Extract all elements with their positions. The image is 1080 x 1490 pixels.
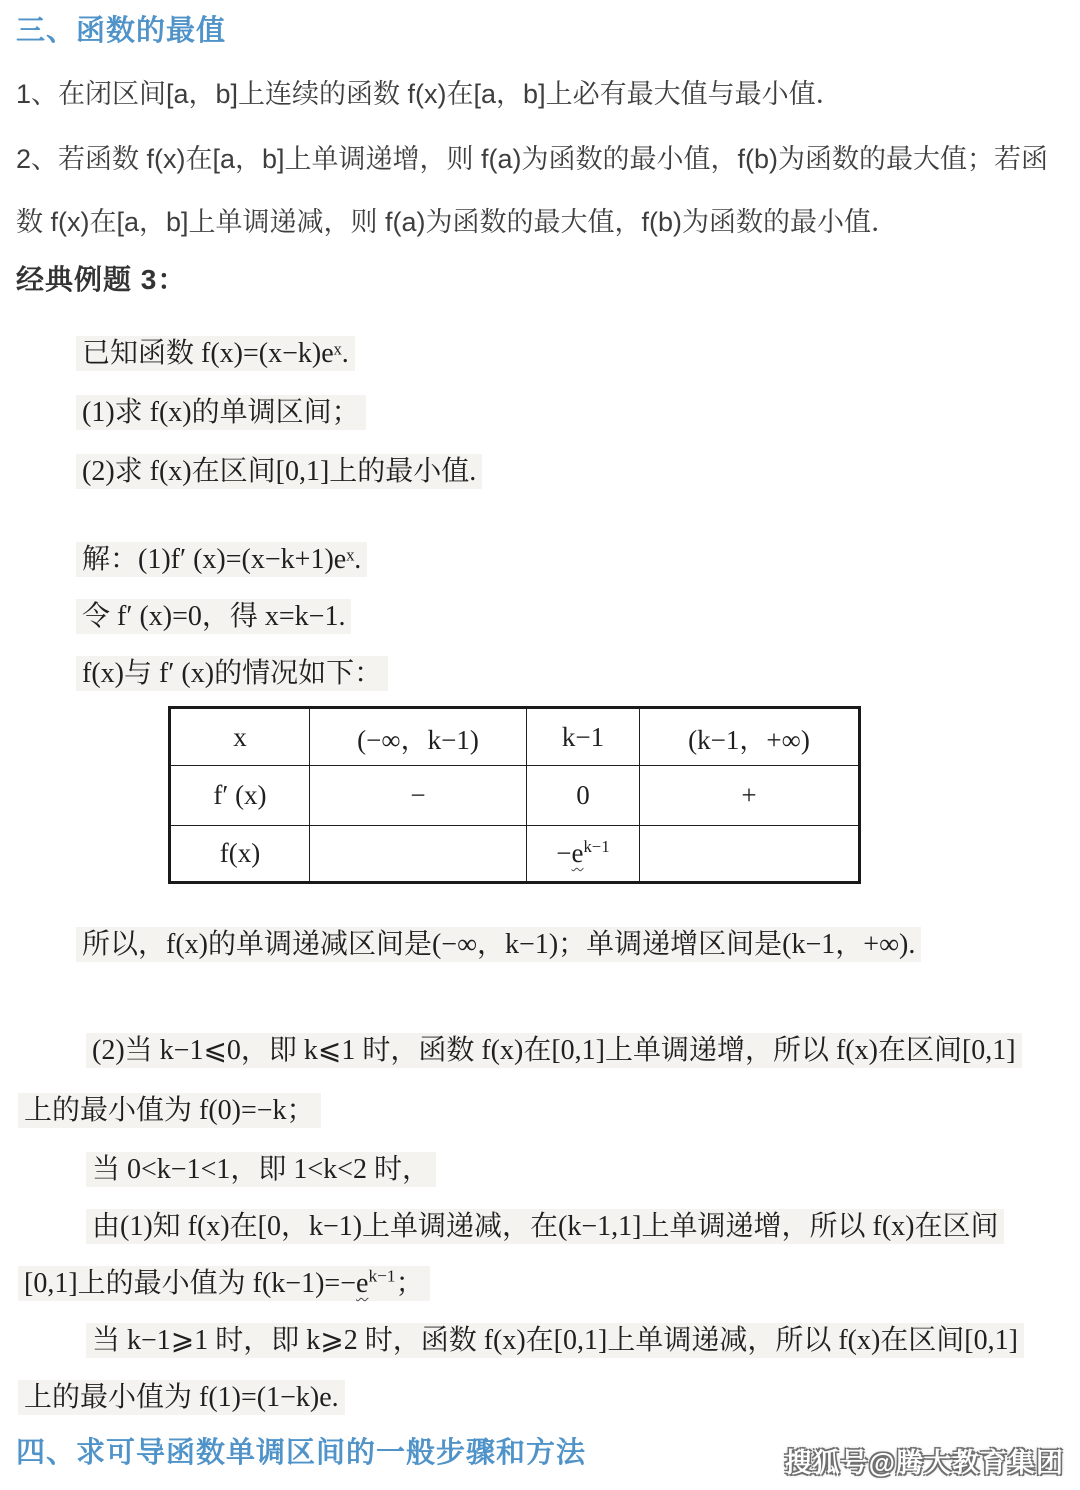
sohu-watermark: 搜狐号@腾大教育集团 [785, 1441, 1064, 1480]
solution-conclusion-intervals-text: 所以，f(x)的单调递减区间是(−∞，k−1)；单调递增区间是(k−1，+∞). [76, 927, 921, 962]
solution-step-1: 解：(1)f′ (x)=(x−k+1)eˣ. [16, 531, 1064, 588]
problem-given-text: 已知函数 f(x)=(x−k)eˣ. [76, 336, 355, 371]
table-cell-empty-right [640, 826, 860, 883]
solution-case-2-line-2: [0,1]上的最小值为 f(k−1)=−ek−1； [16, 1255, 1064, 1312]
table-cell-sign-positive: + [640, 766, 860, 826]
solution-case-1-line-1: (2)当 k−1⩽0，即 k⩽1 时，函数 f(x)在[0,1]上单调递增，所以… [16, 1021, 1064, 1081]
solution-case-2-condition: 当 0<k−1<1，即 1<k<2 时， [16, 1141, 1064, 1198]
solution-case-2-condition-text: 当 0<k−1<1，即 1<k<2 时， [86, 1152, 436, 1187]
minimum-exponent: k−1 [584, 837, 610, 856]
table-cell-empty-left [310, 826, 527, 883]
monotonicity-sign-table: x (−∞，k−1) k−1 (k−1，+∞) f′ (x) − 0 + f(x… [168, 706, 861, 884]
paragraph-closed-interval: 1、在闭区间[a，b]上连续的函数 f(x)在[a，b]上必有最大值与最小值． [16, 76, 1064, 112]
problem-given-line: 已知函数 f(x)=(x−k)eˣ. [16, 324, 1064, 383]
table-cell-f-label: f(x) [170, 826, 310, 883]
solution-case-3-line-2-text: 上的最小值为 f(1)=(1−k)e. [18, 1380, 345, 1415]
table-cell-sign-zero: 0 [527, 766, 640, 826]
problem-question-2: (2)求 f(x)在区间[0,1]上的最小值. [16, 442, 1064, 501]
table-cell-interval-right: (k−1，+∞) [640, 708, 860, 766]
solution-case-1-line-2-text: 上的最小值为 f(0)=−k； [18, 1093, 321, 1128]
minimum-minus-sign: − [556, 838, 571, 868]
case-2-min-post: ； [396, 1268, 424, 1299]
solution-step-1-text: 解：(1)f′ (x)=(x−k+1)eˣ. [76, 542, 367, 577]
table-row-function: f(x) −ek−1 [170, 826, 860, 883]
solution-case-3-line-2: 上的最小值为 f(1)=(1−k)e. [16, 1369, 1064, 1426]
solution-case-1-line-2: 上的最小值为 f(0)=−k； [16, 1081, 1064, 1141]
table-cell-critical-point: k−1 [527, 708, 640, 766]
problem-question-2-text: (2)求 f(x)在区间[0,1]上的最小值. [76, 454, 482, 489]
solution-step-2: 令 f′ (x)=0，得 x=k−1. [16, 588, 1064, 645]
solution-case-2-line-1: 由(1)知 f(x)在[0，k−1)上单调递减，在(k−1,1]上单调递增，所以… [16, 1198, 1064, 1255]
table-cell-minimum-value: −ek−1 [527, 826, 640, 883]
solution-cases-2-3-block: 当 0<k−1<1，即 1<k<2 时， 由(1)知 f(x)在[0，k−1)上… [16, 1141, 1064, 1426]
solution-case-2-line-2-text: [0,1]上的最小值为 f(k−1)=−ek−1； [18, 1266, 430, 1301]
solution-case-1-block: (2)当 k−1⩽0，即 k⩽1 时，函数 f(x)在[0,1]上单调递增，所以… [16, 1021, 1064, 1141]
solution-case-3-line-1-text: 当 k−1⩾1 时，即 k⩾2 时，函数 f(x)在[0,1]上单调递减，所以 … [86, 1323, 1024, 1358]
solution-step-3: f(x)与 f′ (x)的情况如下： [16, 645, 1064, 702]
table-cell-x-label: x [170, 708, 310, 766]
solution-conclusion-intervals: 所以，f(x)的单调递减区间是(−∞，k−1)；单调递增区间是(k−1，+∞). [16, 916, 1064, 973]
case-2-min-pre: [0,1]上的最小值为 f(k−1)=− [24, 1268, 356, 1299]
table-cell-fprime-label: f′ (x) [170, 766, 310, 826]
table-row-x: x (−∞，k−1) k−1 (k−1，+∞) [170, 708, 860, 766]
solution-case-3-line-1: 当 k−1⩾1 时，即 k⩾2 时，函数 f(x)在[0,1]上单调递减，所以 … [16, 1312, 1064, 1369]
solution-case-2-line-1-text: 由(1)知 f(x)在[0，k−1)上单调递减，在(k−1,1]上单调递增，所以… [86, 1209, 1004, 1244]
table-cell-sign-negative: − [310, 766, 527, 826]
table-cell-interval-left: (−∞，k−1) [310, 708, 527, 766]
problem-statement-block: 已知函数 f(x)=(x−k)eˣ. (1)求 f(x)的单调区间； (2)求 … [16, 324, 1064, 501]
paragraph-monotonic-rule: 2、若函数 f(x)在[a，b]上单调递增，则 f(a)为函数的最小值，f(b)… [16, 128, 1064, 254]
minimum-e-base: e [572, 838, 584, 868]
problem-question-1: (1)求 f(x)的单调区间； [16, 383, 1064, 442]
solution-case-1-line-1-text: (2)当 k−1⩽0，即 k⩽1 时，函数 f(x)在[0,1]上单调递增，所以… [86, 1033, 1022, 1068]
solution-step-2-text: 令 f′ (x)=0，得 x=k−1. [76, 599, 351, 634]
solution-derivative-block: 解：(1)f′ (x)=(x−k+1)eˣ. 令 f′ (x)=0，得 x=k−… [16, 531, 1064, 702]
example-heading: 经典例题 3： [16, 264, 1064, 296]
document-page: 三、函数的最值 1、在闭区间[a，b]上连续的函数 f(x)在[a，b]上必有最… [0, 0, 1080, 1490]
problem-question-1-text: (1)求 f(x)的单调区间； [76, 395, 366, 430]
case-2-min-e-base: e [356, 1268, 368, 1299]
section-heading-max-value: 三、函数的最值 [16, 14, 1064, 48]
table-row-derivative: f′ (x) − 0 + [170, 766, 860, 826]
solution-step-3-text: f(x)与 f′ (x)的情况如下： [76, 656, 388, 691]
case-2-min-exponent: k−1 [368, 1267, 395, 1286]
